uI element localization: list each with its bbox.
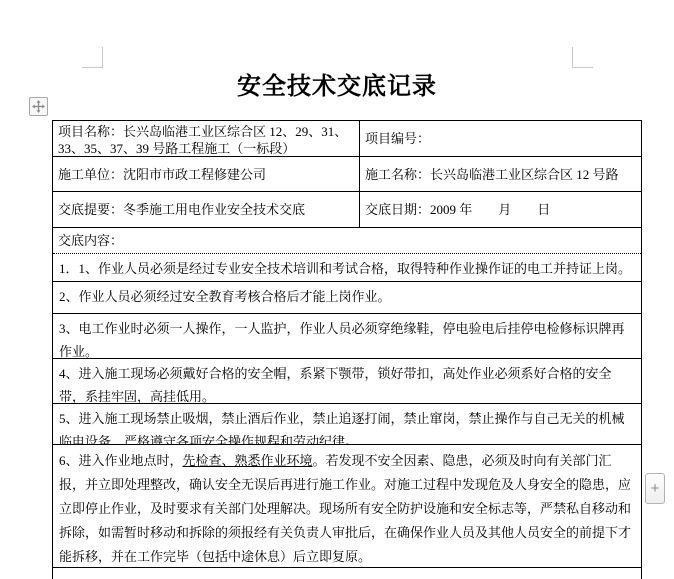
table-row: 3、电工作业时必须一人操作，一人监护，作业人员必须穿绝缘鞋，停电验电后挂停电检修… [53,314,641,359]
item6-suffix: 。若发现不安全因素、隐患，必须及时向有关部门汇报，并立即处理整改，确认安全无误后… [59,453,631,564]
briefing-summary-cell: 交底提要：冬季施工用电作业安全技术交底 [53,192,359,227]
move-arrows-icon [32,100,45,113]
document-page: { "document": { "title": "安全技术交底记录" }, "… [0,0,674,579]
contractor-cell: 施工单位：沈阳市市政工程修建公司 [53,157,359,191]
plus-button[interactable]: + [645,473,665,504]
project-number-cell: 项目编号： [359,121,641,156]
table-row: 施工单位：沈阳市市政工程修建公司 施工名称：长兴岛临港工业区综合区 12 号路 [53,157,641,192]
briefing-table: 项目名称：长兴岛临港工业区综合区 12、29、31、33、35、37、39 号路… [52,120,642,579]
table-row: 5、进入施工现场禁止吸烟，禁止酒后作业，禁止追逐打闹，禁止窜岗，禁止操作与自己无… [53,404,641,445]
content-item-2: 2、作业人员必须经过安全教育考核合格后才能上岗作业。 [53,282,641,313]
page-margin-mark-left [82,47,103,68]
content-item-4: 4、进入施工现场必须戴好合格的安全帽，系紧下颚带，锁好带扣，高处作业必须系好合格… [53,359,641,403]
table-row: 1．1、作业人员必须是经过专业安全技术培训和考试合格，取得特种作业操作证的电工并… [53,254,641,282]
briefing-date-cell: 交底日期：2009 年 月 日 [359,192,641,227]
content-label: 交底内容： [53,228,128,253]
table-move-handle[interactable] [29,97,48,116]
table-row: 6、进入作业地点时，先检查、熟悉作业环境。若发现不安全因素、隐患，必须及时向有关… [53,445,641,568]
table-row: 2、作业人员必须经过安全教育考核合格后才能上岗作业。 [53,282,641,314]
table-row: 4、进入施工现场必须戴好合格的安全帽，系紧下颚带，锁好带扣，高处作业必须系好合格… [53,359,641,404]
content-item-5: 5、进入施工现场禁止吸烟，禁止酒后作业，禁止追逐打闹，禁止窜岗，禁止操作与自己无… [53,404,641,444]
content-item-1: 1．1、作业人员必须是经过专业安全技术培训和考试合格，取得特种作业操作证的电工并… [53,254,641,281]
page-margin-mark-right [572,47,593,68]
item6-prefix: 6、进入作业地点时， [59,453,183,468]
table-row: 交底提要：冬季施工用电作业安全技术交底 交底日期：2009 年 月 日 [53,192,641,228]
page-title: 安全技术交底记录 [0,66,674,101]
item6-underlined-text: 先检查、熟悉作业环境 [183,453,313,468]
table-row-continuation [53,568,641,579]
table-row: 项目名称：长兴岛临港工业区综合区 12、29、31、33、35、37、39 号路… [53,121,641,157]
content-item-6: 6、进入作业地点时，先检查、熟悉作业环境。若发现不安全因素、隐患，必须及时向有关… [53,445,641,567]
construction-name-cell: 施工名称：长兴岛临港工业区综合区 12 号路 [359,157,641,191]
project-name-cell: 项目名称：长兴岛临港工业区综合区 12、29、31、33、35、37、39 号路… [53,121,359,156]
content-item-3: 3、电工作业时必须一人操作，一人监护，作业人员必须穿绝缘鞋，停电验电后挂停电检修… [53,314,641,358]
table-row: 交底内容： [53,228,641,254]
